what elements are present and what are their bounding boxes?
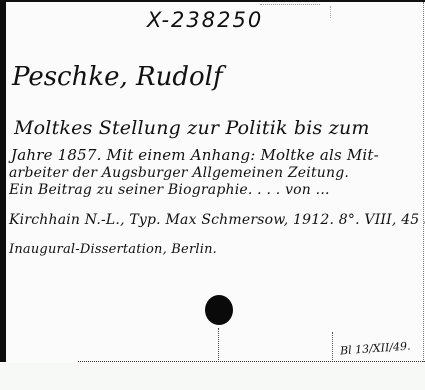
title-line-2: Jahre 1857. Mit einem Anhang: Moltke als… xyxy=(11,146,379,164)
title-line-1: Moltkes Stellung zur Politik bis zum xyxy=(14,117,370,139)
title-line-4: Ein Beitrag zu seiner Biographie. . . . … xyxy=(9,182,330,198)
guide-mark xyxy=(330,6,331,18)
imprint-line: Kirchhain N.-L., Typ. Max Schmersow, 191… xyxy=(9,212,425,228)
catalog-card: X-238250 Peschke, Rudolf Moltkes Stellun… xyxy=(0,0,425,363)
dissertation-note: Inaugural-Dissertation, Berlin. xyxy=(9,242,217,257)
card-left-edge xyxy=(0,2,6,362)
title-line-3: arbeiter der Augsburger Allgemeinen Zeit… xyxy=(9,165,349,181)
top-guide-line xyxy=(260,4,320,5)
card-bottom-edge xyxy=(78,361,425,362)
author-heading: Peschke, Rudolf xyxy=(12,62,223,92)
call-number: X-238250 xyxy=(147,8,263,32)
punch-hole-guide xyxy=(218,328,219,362)
punch-hole xyxy=(205,295,233,325)
